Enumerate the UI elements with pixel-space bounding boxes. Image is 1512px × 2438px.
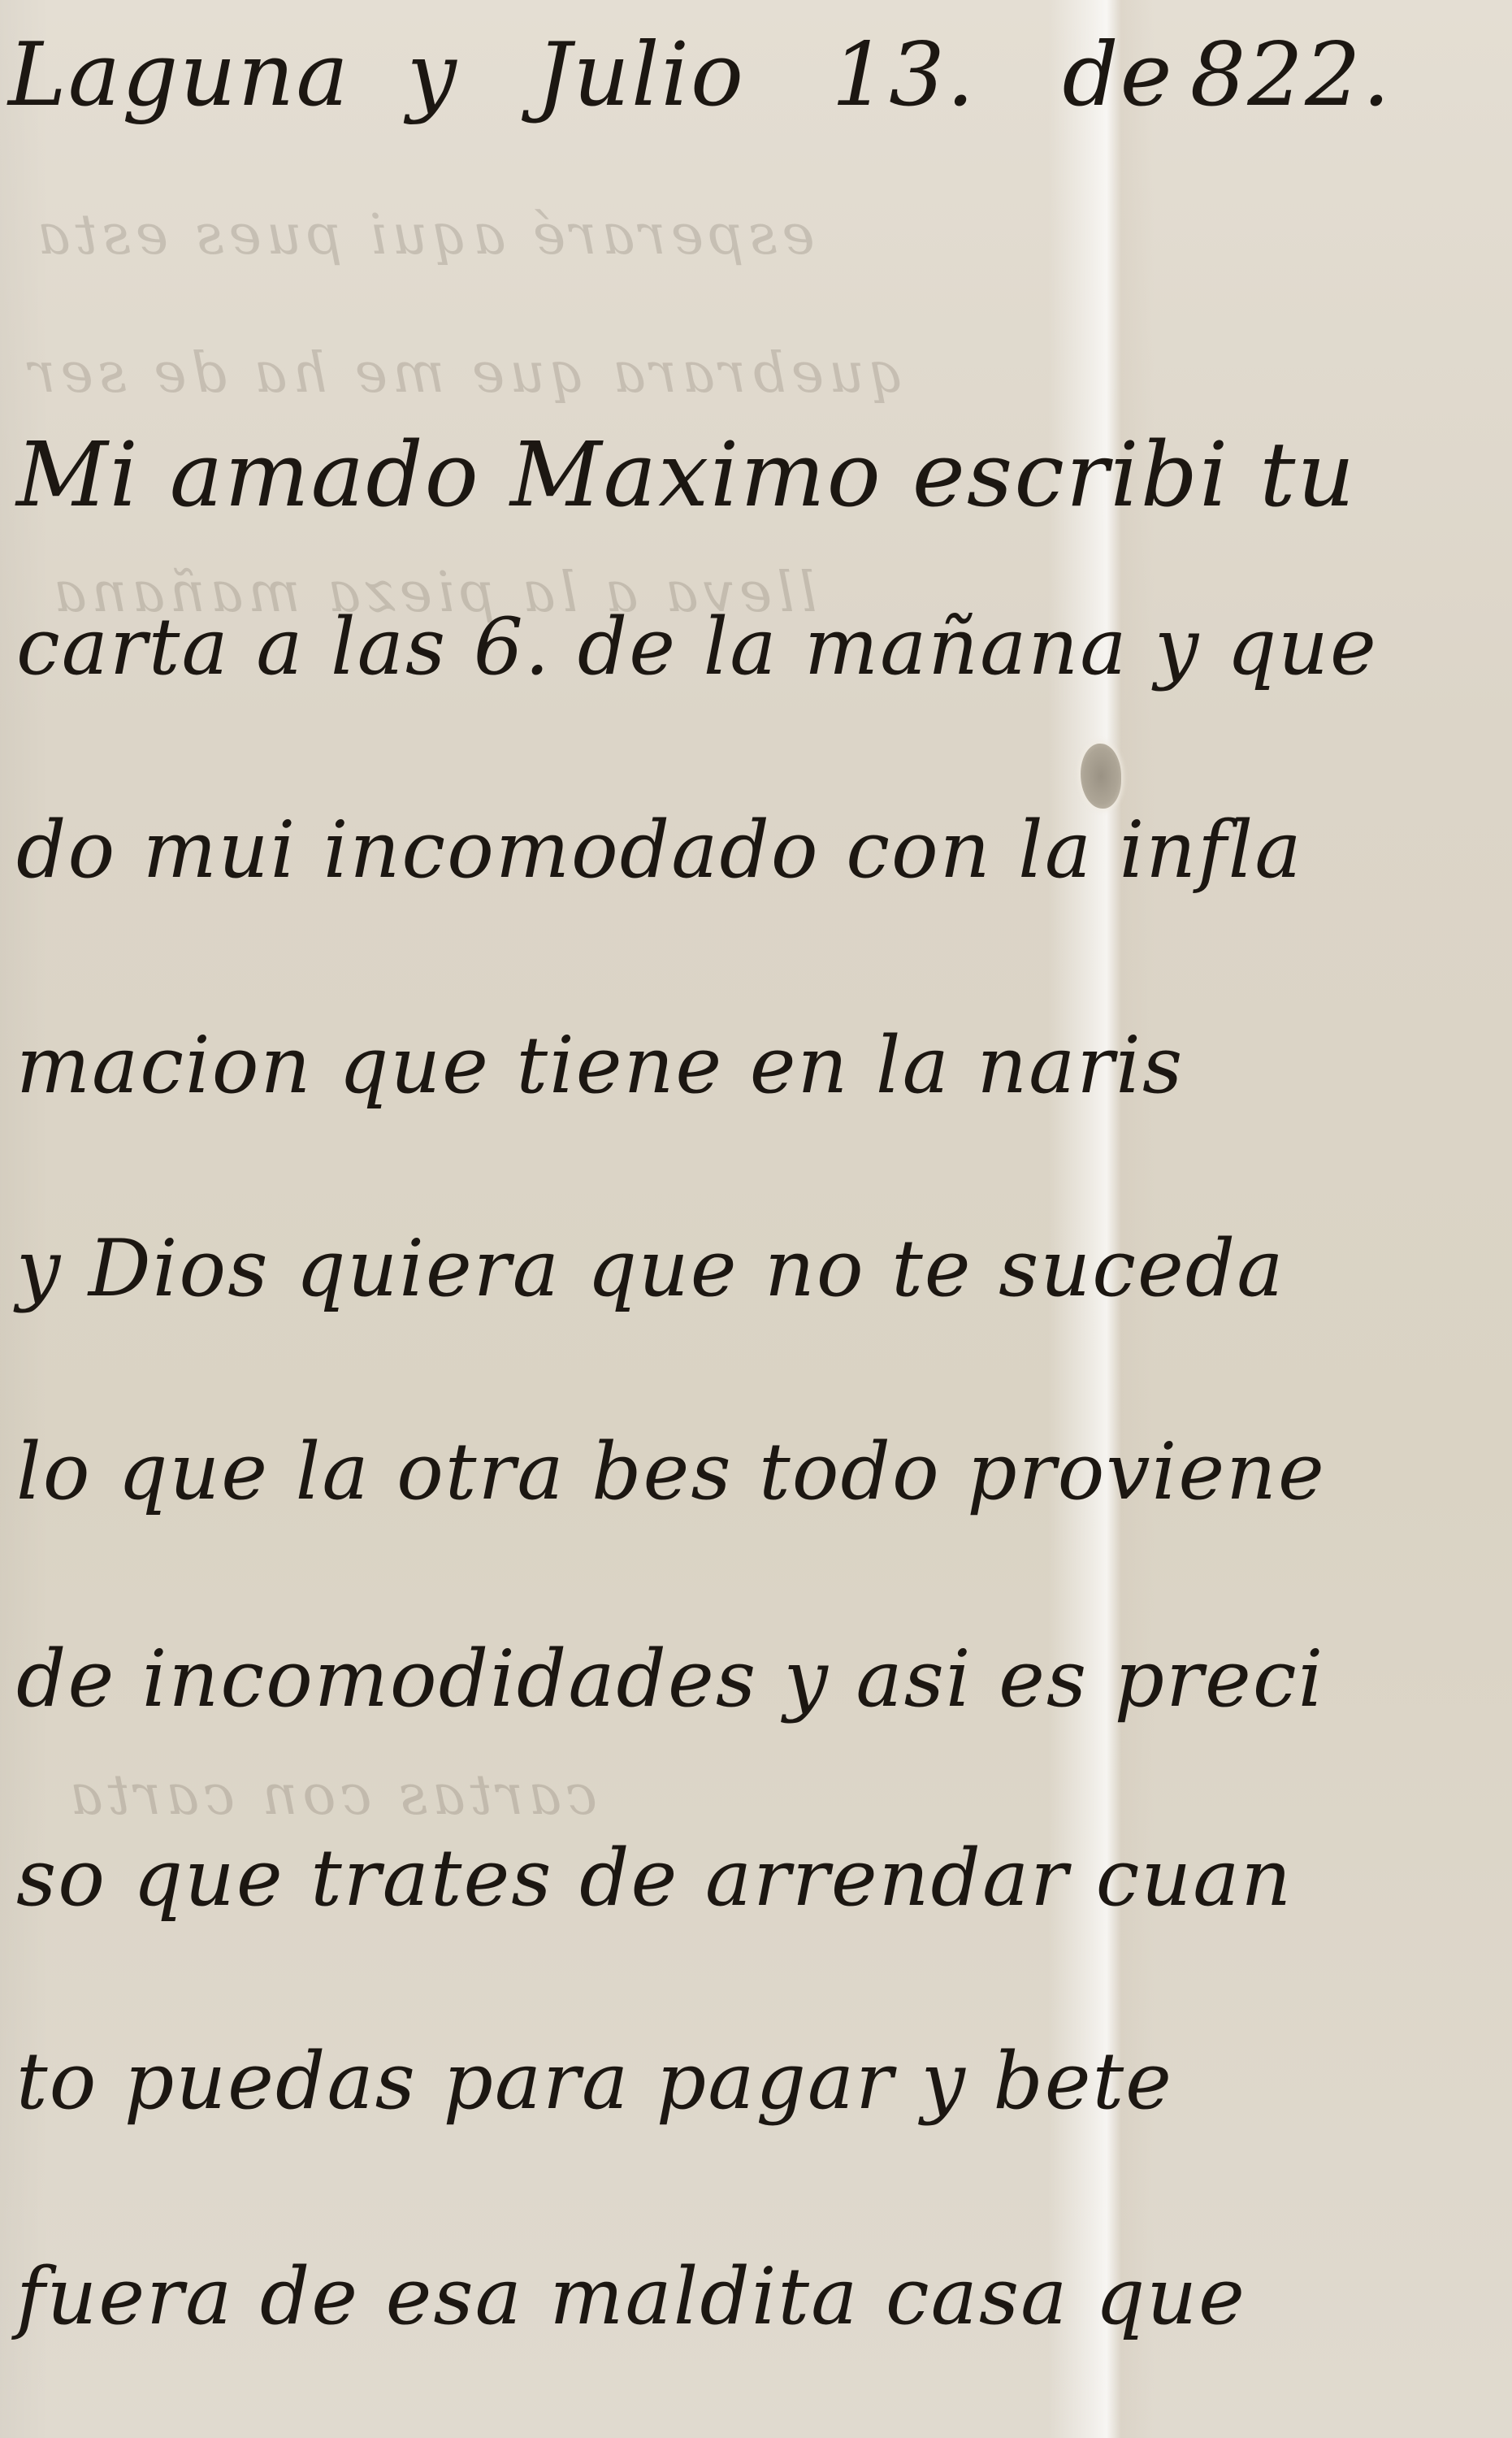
heading-conjunction: y (407, 24, 458, 126)
bleed-through-text: esperaré aqui pues esta (32, 203, 815, 267)
letter-line: Mi amado Maximo escribi tu (16, 423, 1356, 527)
heading-place: Laguna (8, 24, 350, 126)
bleed-through-text: cartas con carta (65, 1763, 597, 1828)
letter-page: esperaré aqui pues esta quebrara que me … (0, 0, 1512, 2438)
letter-heading: Lagunay Julio 13. de822. (8, 24, 1392, 126)
bleed-through-text: quebrara que me ha de ser (24, 341, 904, 406)
letter-line: carta a las 6. de la mañana y que (16, 601, 1378, 692)
heading-day: 13. (831, 24, 976, 126)
letter-line: do mui incomodado con la infla (16, 805, 1303, 896)
letter-line: to puedas para pagar y bete (16, 2036, 1173, 2127)
paper-hole (1081, 744, 1121, 809)
letter-line: fuera de esa maldita casa que (16, 2251, 1246, 2342)
heading-month: Julio (536, 24, 745, 126)
heading-year-prefix: de (1063, 24, 1174, 126)
heading-year: 822. (1190, 24, 1392, 126)
letter-line: lo que la otra bes todo proviene (16, 1426, 1326, 1517)
letter-line: so que trates de arrendar cuan (16, 1833, 1293, 1924)
letter-line: de incomodidades y asi es preci (16, 1633, 1324, 1724)
letter-line: macion que tiene en la naris (16, 1020, 1184, 1111)
letter-line: y Dios quiera que no te suceda (16, 1223, 1285, 1314)
